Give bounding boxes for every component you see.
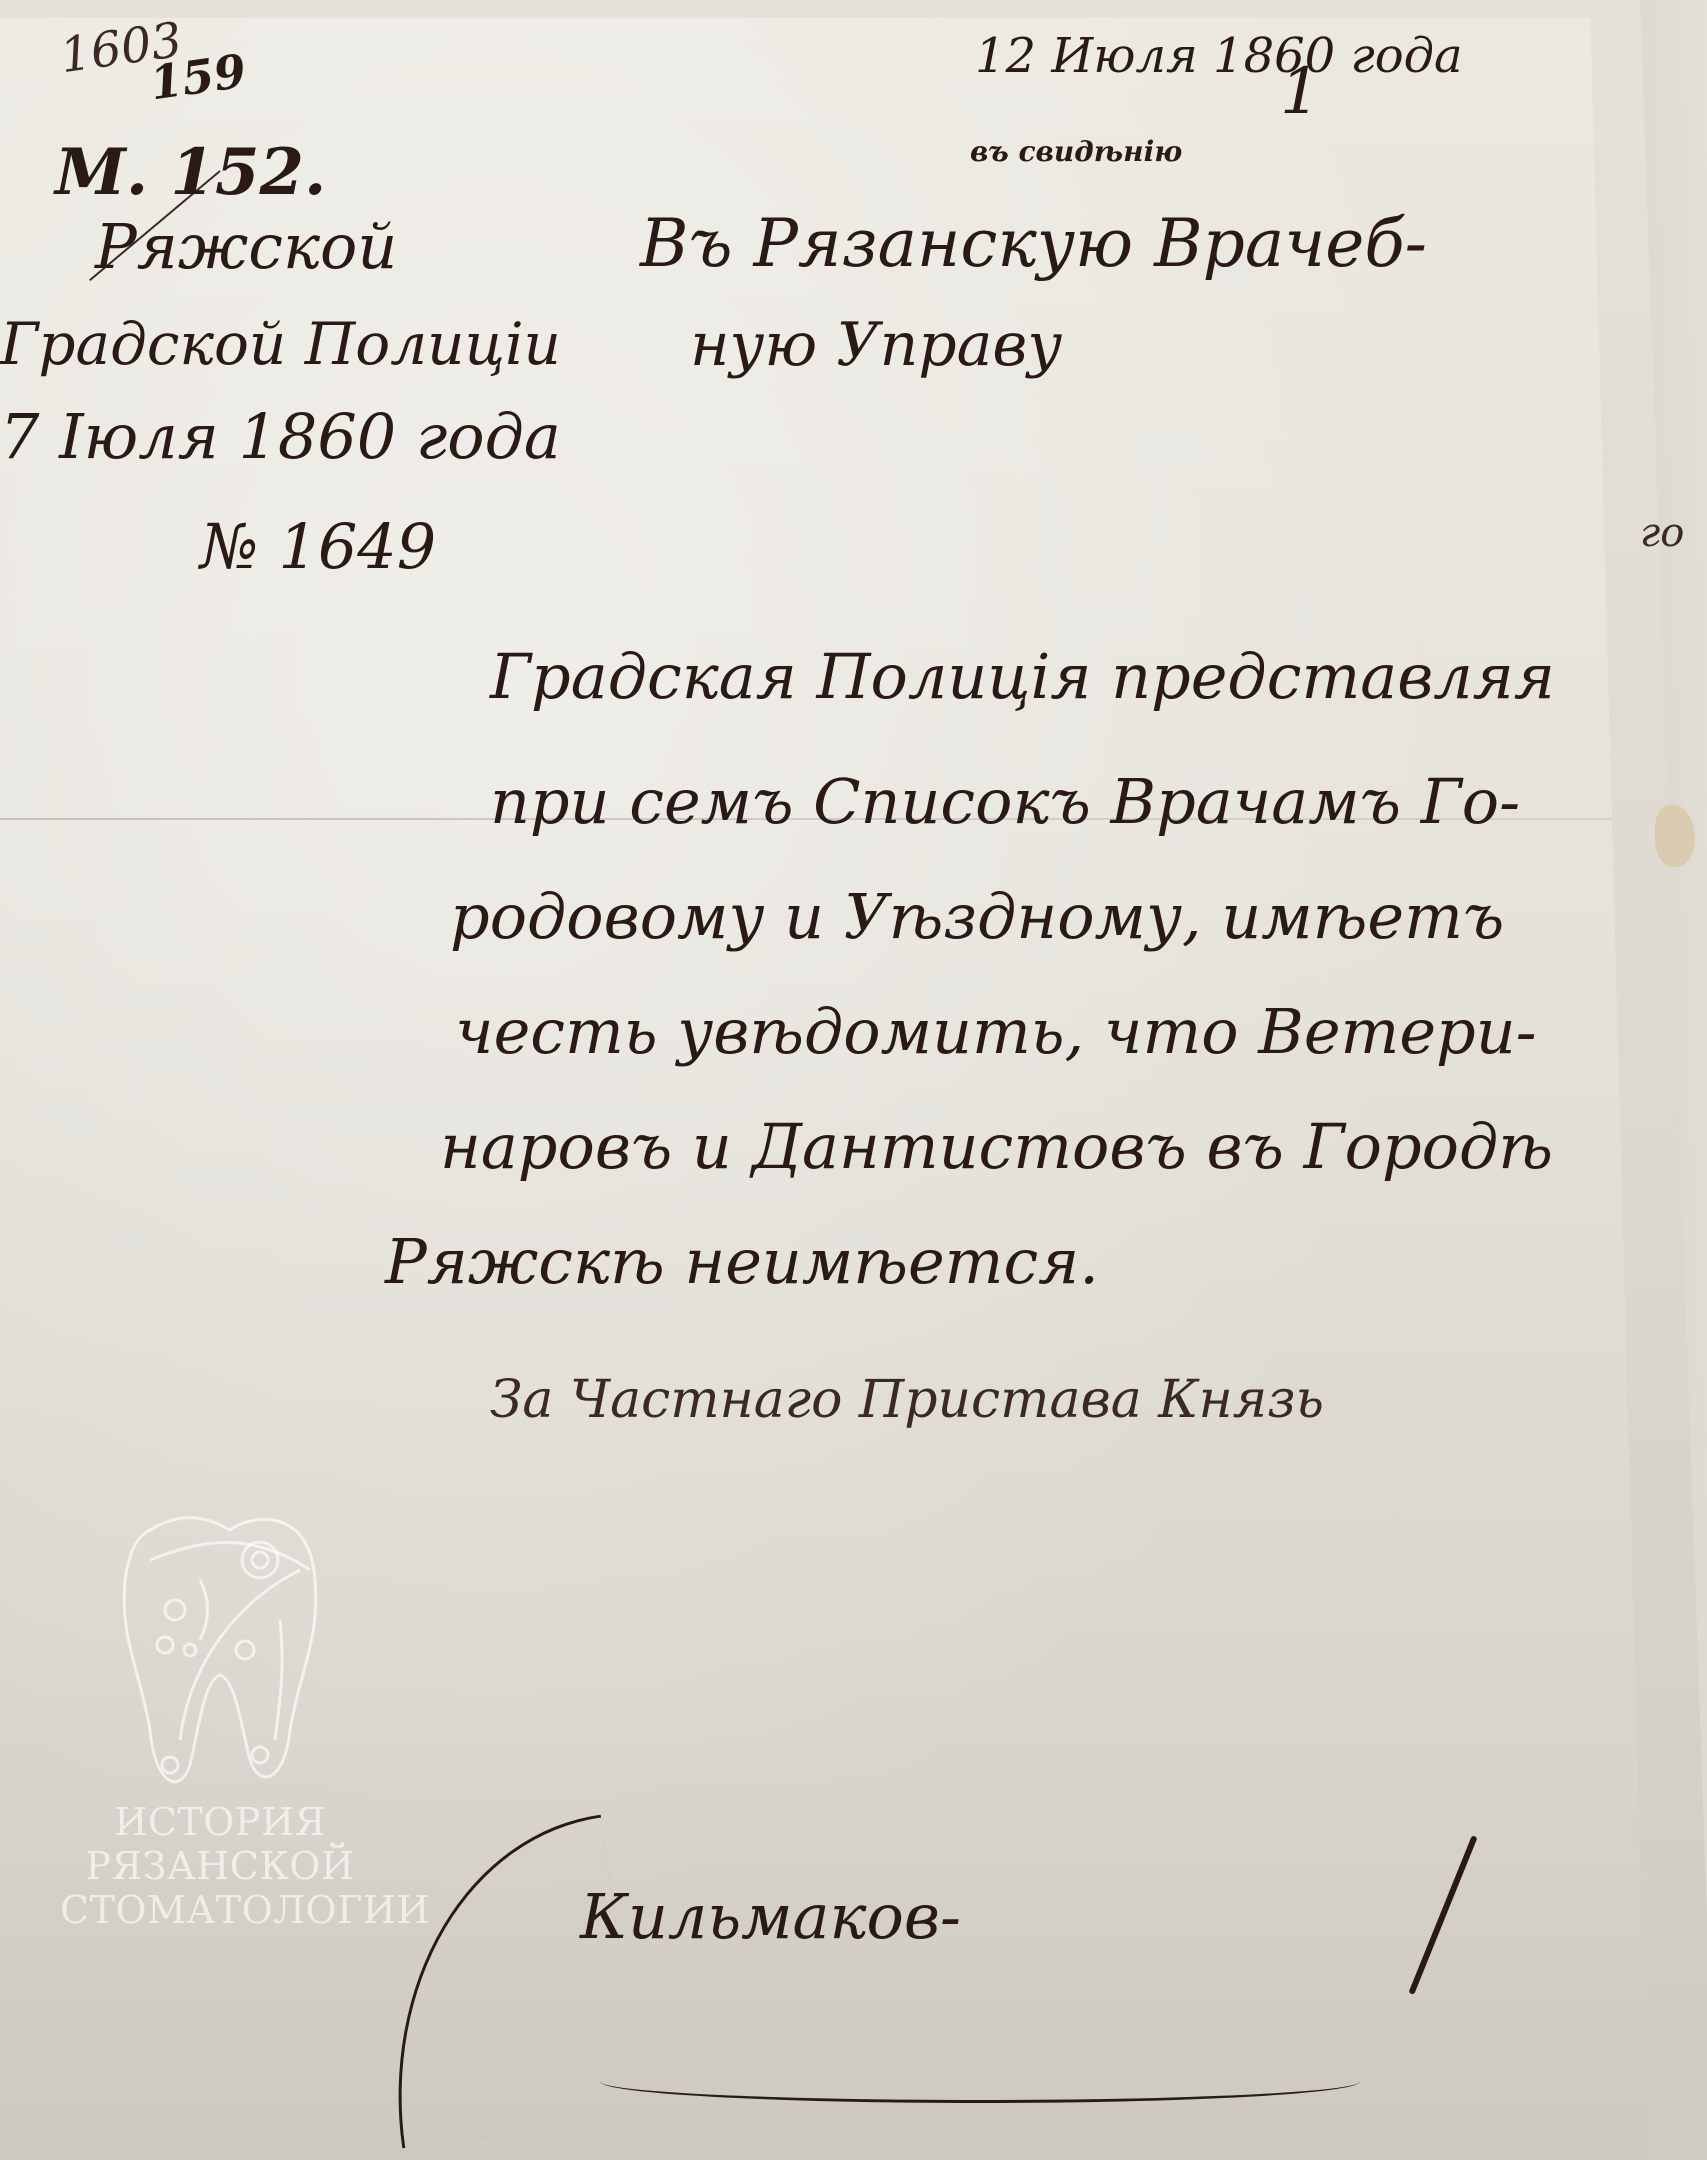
tooth-logo-icon	[110, 1500, 330, 1800]
body-line: Ряжскѣ неимѣется.	[385, 1225, 1099, 1298]
received-date: 12 Июля 1860 года	[975, 28, 1463, 84]
received-note: въ свидѣнiю	[970, 135, 1182, 168]
signature-underline	[600, 2060, 1360, 2103]
page-number: 1	[1280, 55, 1321, 129]
sender-town: Ряжской	[95, 210, 397, 283]
body-line: при семъ Списокъ Врачамъ Го-	[490, 765, 1520, 838]
signatory-title: За Частнаго Пристава Князь	[490, 1370, 1324, 1430]
body-line: Градская Полицiя представляя	[490, 640, 1555, 713]
watermark-logo: ИСТОРИЯ РЯЗАНСКОЙ СТОМАТОЛОГИИ	[60, 1500, 380, 1932]
outgoing-number: № 1649	[200, 510, 436, 583]
edge-fragment: го	[1640, 510, 1684, 556]
sender-date: 7 Iюля 1860 года	[0, 400, 561, 473]
sender-office: Градской Полицiи	[0, 310, 561, 378]
watermark-line: ИСТОРИЯ	[60, 1800, 380, 1844]
body-line: наровъ и Дантистовъ въ Городѣ	[440, 1110, 1553, 1183]
addressee-line-2: ную Управу	[690, 310, 1062, 380]
body-line: честь увѣдомить, что Ветери-	[455, 995, 1537, 1068]
watermark-line: РЯЗАНСКОЙ	[60, 1844, 380, 1888]
addressee-line-1: Въ Рязанскую Врачеб-	[640, 205, 1427, 282]
signature: Кильмаков-	[580, 1880, 961, 1953]
watermark-line: СТОМАТОЛОГИИ	[60, 1888, 380, 1932]
body-line: родовому и Уѣздному, имѣетъ	[450, 880, 1504, 953]
sheet-reference: М. 152.	[55, 135, 326, 210]
